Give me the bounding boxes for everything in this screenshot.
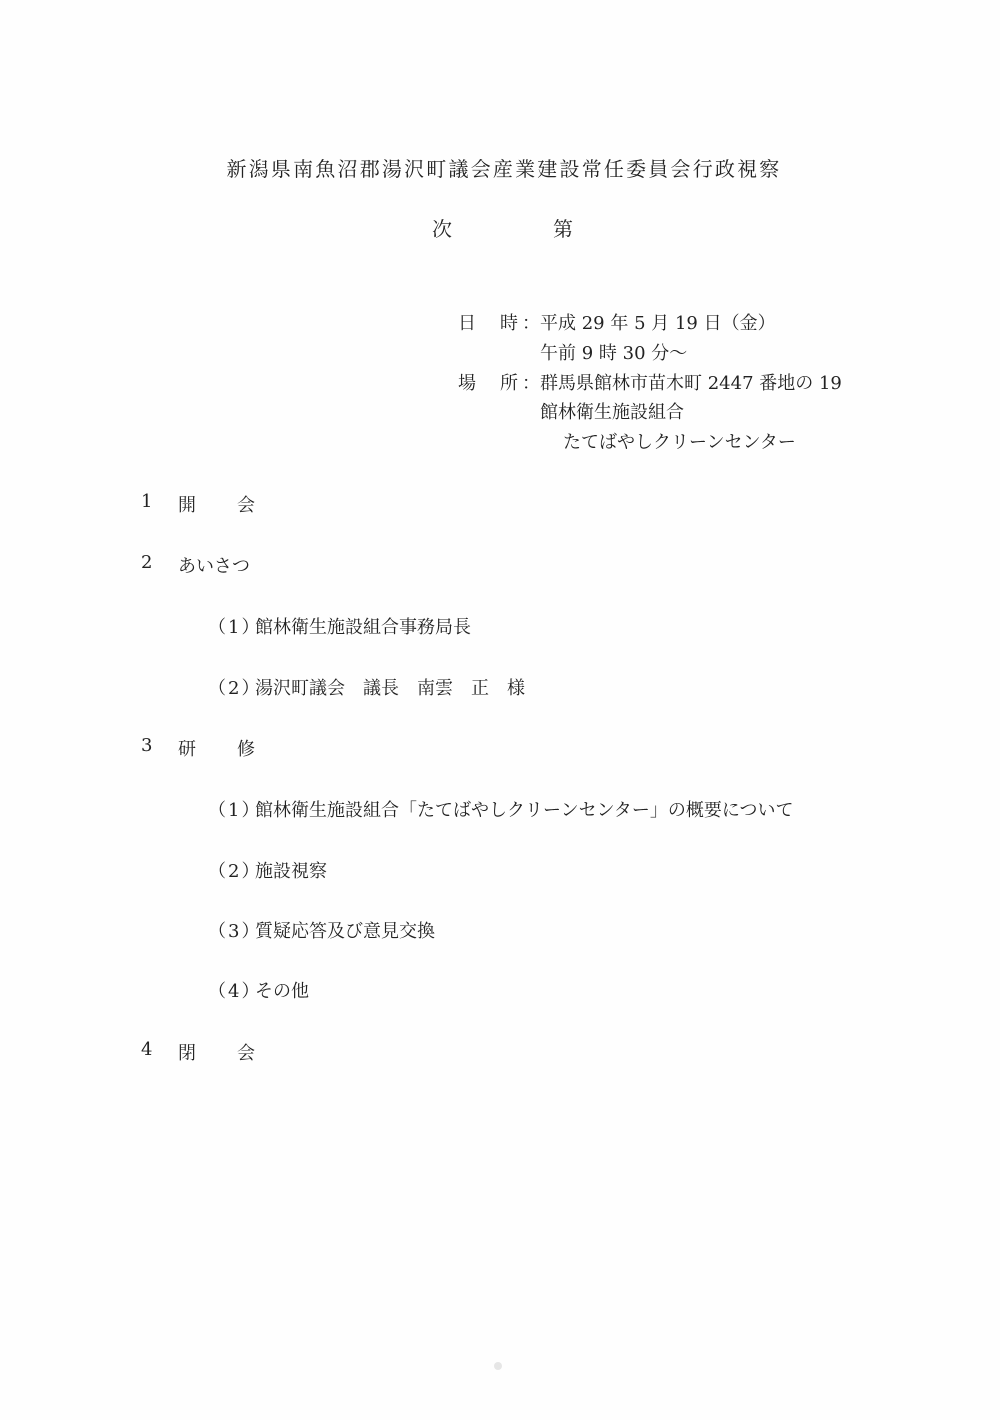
place-label-char-2: 所 bbox=[500, 373, 518, 394]
agenda-3-subitem-3: （3）質疑応答及び意見交換 bbox=[208, 917, 435, 943]
agenda-heading-1-b: 会 bbox=[237, 491, 255, 517]
agenda-heading-4-a: 閉 bbox=[178, 1039, 196, 1065]
agenda-3-subitem-1: （1）館林衛生施設組合「たてばやしクリーンセンター」の概要について bbox=[208, 796, 794, 822]
subitem-number: （2） bbox=[208, 857, 255, 883]
scan-artifact bbox=[494, 1362, 502, 1370]
date-colon: ： bbox=[522, 309, 540, 335]
document-title: 新潟県南魚沼郡湯沢町議会産業建設常任委員会行政視察 bbox=[0, 153, 1000, 182]
place-label: 場所 bbox=[458, 369, 518, 395]
place-label-char-1: 場 bbox=[458, 369, 500, 395]
agenda-heading-1-a: 開 bbox=[178, 491, 196, 517]
agenda-heading-3-b: 修 bbox=[237, 735, 255, 761]
subitem-number: （1） bbox=[208, 613, 255, 639]
place-facility: たてばやしクリーンセンター bbox=[563, 428, 796, 454]
agenda-heading-3-a: 研 bbox=[178, 735, 196, 761]
agenda-heading-4-b: 会 bbox=[237, 1039, 255, 1065]
agenda-number-3: 3 bbox=[141, 735, 152, 756]
agenda-number-2: 2 bbox=[141, 552, 152, 573]
subitem-number: （4） bbox=[208, 977, 255, 1003]
date-label-char-1: 日 bbox=[458, 309, 500, 335]
subitem-given-name: 正 bbox=[471, 678, 489, 699]
place-colon: ： bbox=[522, 369, 540, 395]
agenda-number-4: 4 bbox=[141, 1039, 152, 1060]
subtitle-right: 第 bbox=[553, 213, 573, 242]
subitem-number: （1） bbox=[208, 796, 255, 822]
date-value: 平成 29 年 5 月 19 日（金） bbox=[540, 309, 776, 335]
subitem-text: 質疑応答及び意見交換 bbox=[255, 921, 435, 942]
agenda-2-subitem-1: （1）館林衛生施設組合事務局長 bbox=[208, 613, 471, 639]
subitem-text: その他 bbox=[255, 981, 309, 1002]
agenda-3-subitem-2: （2）施設視察 bbox=[208, 857, 327, 883]
subitem-number: （2） bbox=[208, 674, 255, 700]
place-organization: 館林衛生施設組合 bbox=[540, 398, 684, 424]
subitem-text: 施設視察 bbox=[255, 861, 327, 882]
agenda-3-subitem-4: （4）その他 bbox=[208, 977, 309, 1003]
agenda-heading-2: あいさつ bbox=[178, 552, 250, 578]
agenda-number-1: 1 bbox=[141, 491, 152, 512]
subtitle-left: 次 bbox=[432, 213, 452, 242]
subitem-honorific: 様 bbox=[507, 678, 525, 699]
time-value: 午前 9 時 30 分～ bbox=[540, 339, 687, 365]
document-page: 新潟県南魚沼郡湯沢町議会産業建設常任委員会行政視察 次 第 日時 ： 平成 29… bbox=[0, 0, 1000, 1420]
subitem-number: （3） bbox=[208, 917, 255, 943]
subitem-surname: 南雲 bbox=[417, 678, 453, 699]
subitem-text: 館林衛生施設組合「たてばやしクリーンセンター」の概要について bbox=[255, 800, 794, 821]
place-address: 群馬県館林市苗木町 2447 番地の 19 bbox=[540, 369, 842, 395]
subitem-role: 議長 bbox=[363, 678, 399, 699]
date-label-char-2: 時 bbox=[500, 313, 518, 334]
subitem-text: 湯沢町議会 bbox=[255, 678, 345, 699]
subitem-text: 館林衛生施設組合事務局長 bbox=[255, 617, 471, 638]
agenda-2-subitem-2: （2）湯沢町議会議長南雲正様 bbox=[208, 674, 525, 700]
date-label: 日時 bbox=[458, 309, 518, 335]
